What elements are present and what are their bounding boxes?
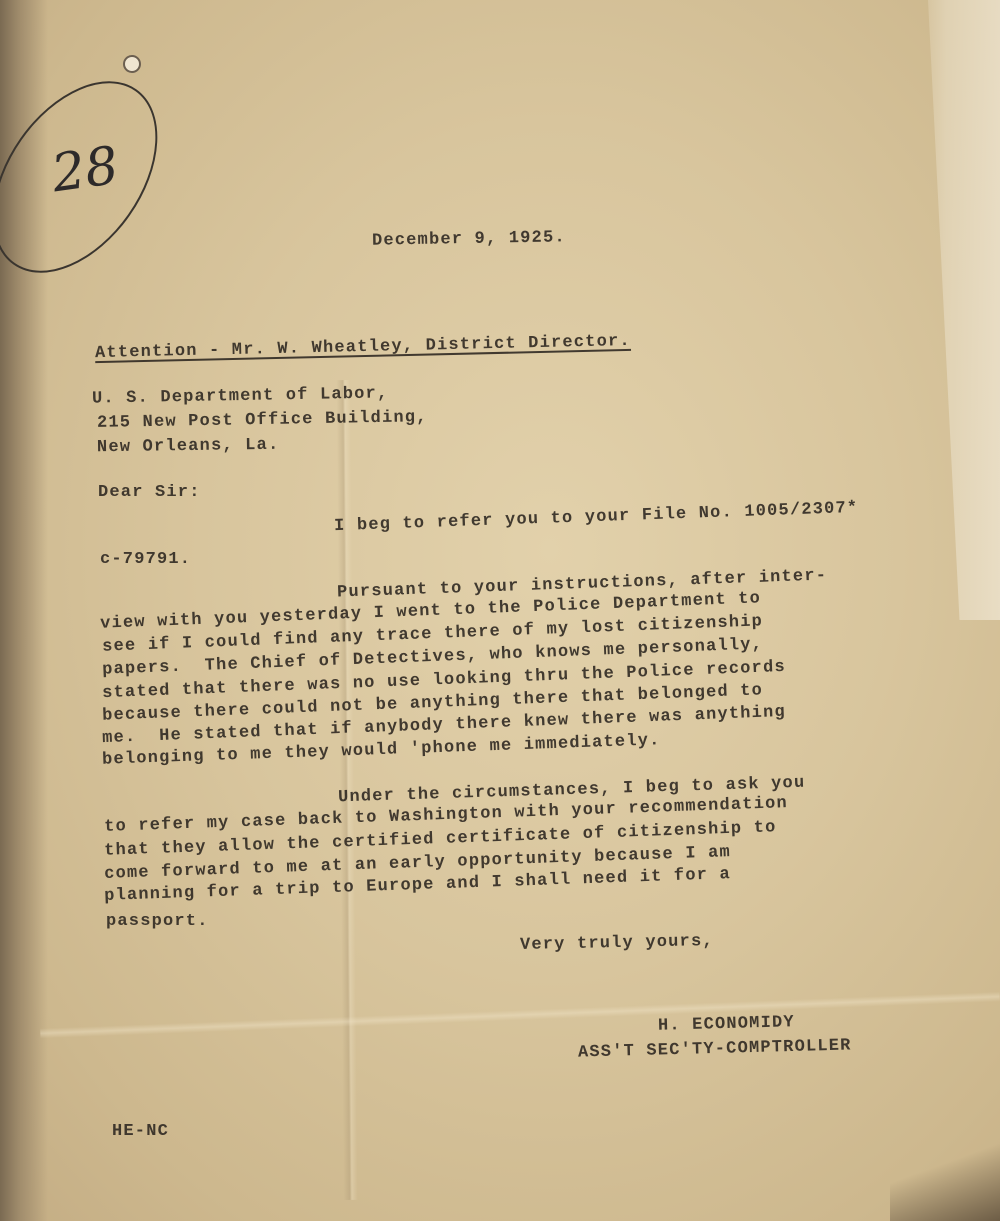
reference-continuation: c-79791. [100,550,191,569]
closing: Very truly yours, [520,932,714,955]
signature-name: H. ECONOMIDY [658,1013,795,1036]
folded-edge [910,0,1000,620]
typist-initials: HE-NC [112,1122,169,1141]
horizontal-fold-crease [40,992,1000,1039]
letter-page: 28 December 9, 1925. Attention - Mr. W. … [0,0,1000,1221]
address-line-3: New Orleans, La. [97,436,280,458]
signature-title: ASS'T SEC'TY-COMPTROLLER [578,1036,852,1062]
salutation: Dear Sir: [98,483,201,502]
reference-line: I beg to refer you to your File No. 1005… [334,499,859,536]
paragraph-line: passport. [106,912,209,931]
letter-date: December 9, 1925. [372,228,566,250]
corner-shadow [890,1131,1000,1221]
handwritten-number: 28 [48,136,122,205]
staple-hole-icon [123,55,141,73]
address-line-2: 215 New Post Office Building, [97,408,428,433]
attention-line: Attention - Mr. W. Wheatley, District Di… [95,332,631,363]
